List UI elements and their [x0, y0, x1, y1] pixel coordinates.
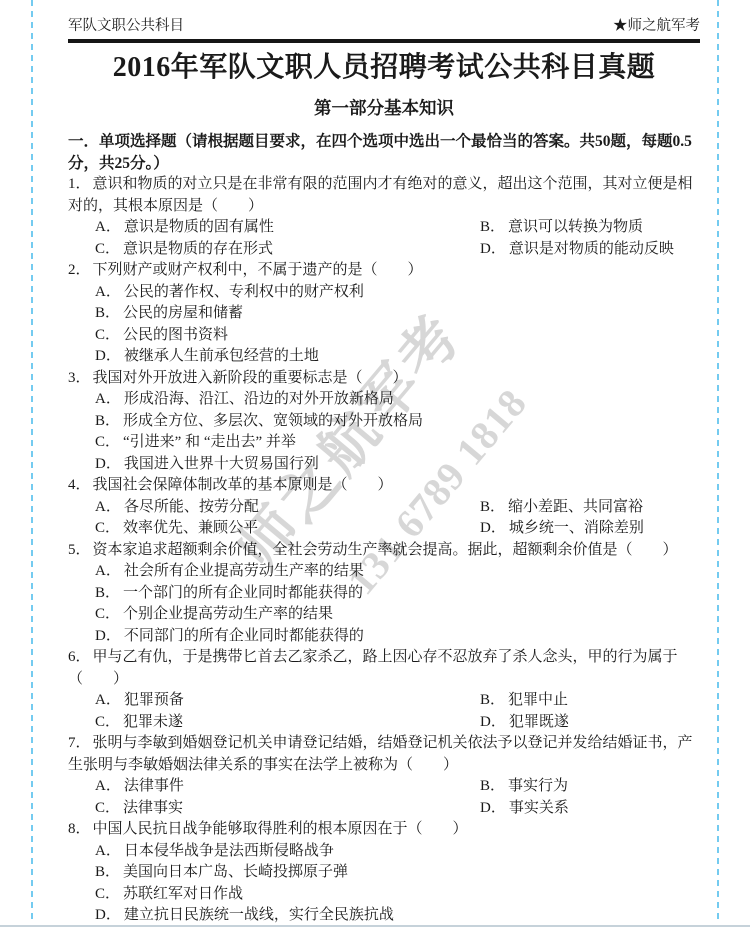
question-text: 我国对外开放进入新阶段的重要标志是（ ） [93, 370, 408, 386]
question: 5．资本家追求超额剩余价值，全社会劳动生产率就会提高。据此，超额剩余价值是（ ）… [68, 540, 700, 648]
question-text: 中国人民抗日战争能够取得胜利的根本原因在于（ ） [93, 821, 468, 837]
option: D．事实关系 [480, 798, 700, 820]
option-text: 效率优先、兼顾公平 [123, 520, 258, 536]
question-stem: 6．甲与乙有仇，于是携带匕首去乙家杀乙，路上因心存不忍放弃了杀人念头，甲的行为属… [68, 647, 700, 690]
page-title: 2016年军队文职人员招聘考试公共科目真题 [68, 50, 700, 86]
question-stem: 5．资本家追求超额剩余价值，全社会劳动生产率就会提高。据此，超额剩余价值是（ ） [68, 540, 700, 562]
option: C．效率优先、兼顾公平 [95, 518, 480, 540]
option-label: D． [95, 456, 121, 472]
section-intro: 一．单项选择题（请根据题目要求，在四个选项中选出一个最恰当的答案。共50题，每题… [68, 131, 700, 174]
option-label: D． [480, 520, 506, 536]
option: B．缩小差距、共同富裕 [480, 497, 700, 519]
question-text: 我国社会保障体制改革的基本原则是（ ） [93, 477, 393, 493]
option-text: 犯罪未遂 [123, 714, 183, 730]
option-label: A． [95, 563, 121, 579]
question-stem: 3．我国对外开放进入新阶段的重要标志是（ ） [68, 368, 700, 390]
option: D．犯罪既遂 [480, 712, 700, 734]
option-text: 意识可以转换为物质 [508, 219, 643, 235]
option-label: B． [95, 305, 120, 321]
option-text: 形成沿海、沿江、沿边的对外开放新格局 [124, 391, 394, 407]
option: A．形成沿海、沿江、沿边的对外开放新格局 [95, 389, 700, 411]
options: A．形成沿海、沿江、沿边的对外开放新格局 B．形成全方位、多层次、宽领域的对外开… [68, 389, 700, 475]
option-text: 法律事实 [123, 800, 183, 816]
option-text: 缩小差距、共同富裕 [508, 499, 643, 515]
option: A．犯罪预备 [95, 690, 480, 712]
option-text: 公民的图书资料 [123, 327, 228, 343]
option: C．“引进来” 和 “走出去” 并举 [95, 432, 700, 454]
option-label: B． [95, 864, 120, 880]
option-text: 建立抗日民族统一战线，实行全民族抗战 [124, 907, 394, 923]
question-number: 2． [68, 262, 91, 278]
option-label: A． [95, 843, 121, 859]
option-label: C． [95, 606, 120, 622]
options: A．各尽所能、按劳分配 B．缩小差距、共同富裕 C．效率优先、兼顾公平 D．城乡… [68, 497, 700, 540]
question-text: 张明与李敏到婚姻登记机关申请登记结婚，结婚登记机关依法予以登记并发给结婚证书，产… [68, 735, 693, 773]
option-text: 被继承人生前承包经营的土地 [124, 348, 319, 364]
option: B．形成全方位、多层次、宽领域的对外开放格局 [95, 411, 700, 433]
option-label: D． [95, 907, 121, 923]
page-header: 军队文职公共科目 ★师之航军考 [68, 17, 700, 35]
option-text: 公民的著作权、专利权中的财产权利 [124, 284, 364, 300]
page-border-right [717, 0, 719, 921]
option-text: 美国向日本广岛、长崎投掷原子弹 [123, 864, 348, 880]
question-text: 甲与乙有仇，于是携带匕首去乙家杀乙，路上因心存不忍放弃了杀人念头，甲的行为属于（… [68, 649, 678, 687]
option: B．公民的房屋和储蓄 [95, 303, 700, 325]
question: 2．下列财产或财产权利中，不属于遗产的是（ ） A．公民的著作权、专利权中的财产… [68, 260, 700, 368]
option-label: D． [480, 714, 506, 730]
option-text: 法律事件 [124, 778, 184, 794]
page-border-left [31, 0, 33, 921]
option: C．法律事实 [95, 798, 480, 820]
options: A．法律事件 B．事实行为 C．法律事实 D．事实关系 [68, 776, 700, 819]
question-number: 7． [68, 735, 91, 751]
option: A．日本侵华战争是法西斯侵略战争 [95, 841, 700, 863]
question: 8．中国人民抗日战争能够取得胜利的根本原因在于（ ） A．日本侵华战争是法西斯侵… [68, 819, 700, 927]
option-label: C． [95, 520, 120, 536]
question: 6．甲与乙有仇，于是携带匕首去乙家杀乙，路上因心存不忍放弃了杀人念头，甲的行为属… [68, 647, 700, 733]
option-label: A． [95, 499, 121, 515]
option-label: A． [95, 391, 121, 407]
option-text: “引进来” 和 “走出去” 并举 [123, 434, 296, 450]
option-label: D． [480, 241, 506, 257]
option-text: 犯罪预备 [124, 692, 184, 708]
option-text: 城乡统一、消除差别 [509, 520, 644, 536]
question-number: 4． [68, 477, 91, 493]
header-right-text: ★师之航军考 [613, 17, 700, 35]
option: B．事实行为 [480, 776, 700, 798]
option-text: 事实关系 [509, 800, 569, 816]
page: 师之航军考 131 6789 1818 军队文职公共科目 ★师之航军考 2016… [0, 0, 750, 927]
options: A．犯罪预备 B．犯罪中止 C．犯罪未遂 D．犯罪既遂 [68, 690, 700, 733]
option-text: 我国进入世界十大贸易国行列 [124, 456, 319, 472]
option-text: 意识是物质的存在形式 [123, 241, 273, 257]
option: C．公民的图书资料 [95, 325, 700, 347]
question-stem: 1．意识和物质的对立只是在非常有限的范围内才有绝对的意义，超出这个范围，其对立便… [68, 174, 700, 217]
option-text: 各尽所能、按劳分配 [124, 499, 259, 515]
option-label: C． [95, 434, 120, 450]
option: A．意识是物质的固有属性 [95, 217, 480, 239]
option: C．个别企业提高劳动生产率的结果 [95, 604, 700, 626]
option-text: 公民的房屋和储蓄 [123, 305, 243, 321]
question-stem: 4．我国社会保障体制改革的基本原则是（ ） [68, 475, 700, 497]
option: D．我国进入世界十大贸易国行列 [95, 454, 700, 476]
option: D．城乡统一、消除差别 [480, 518, 700, 540]
option-label: B． [480, 219, 505, 235]
document-content: 军队文职公共科目 ★师之航军考 2016年军队文职人员招聘考试公共科目真题 第一… [68, 0, 700, 927]
option-label: B． [480, 692, 505, 708]
option-label: C． [95, 800, 120, 816]
option: B．美国向日本广岛、长崎投掷原子弹 [95, 862, 700, 884]
section-title: 第一部分基本知识 [68, 96, 700, 120]
option-label: A． [95, 219, 121, 235]
option: C．犯罪未遂 [95, 712, 480, 734]
option: D．不同部门的所有企业同时都能获得的 [95, 626, 700, 648]
option: B．犯罪中止 [480, 690, 700, 712]
option-label: A． [95, 692, 121, 708]
question-stem: 8．中国人民抗日战争能够取得胜利的根本原因在于（ ） [68, 819, 700, 841]
question-number: 1． [68, 176, 91, 192]
option: C．苏联红军对日作战 [95, 884, 700, 906]
question: 4．我国社会保障体制改革的基本原则是（ ） A．各尽所能、按劳分配 B．缩小差距… [68, 475, 700, 540]
option-label: C． [95, 714, 120, 730]
option-text: 个别企业提高劳动生产率的结果 [123, 606, 333, 622]
option-text: 意识是物质的固有属性 [124, 219, 274, 235]
question-number: 8． [68, 821, 91, 837]
option: A．社会所有企业提高劳动生产率的结果 [95, 561, 700, 583]
option: D．建立抗日民族统一战线，实行全民族抗战 [95, 905, 700, 927]
option-text: 苏联红军对日作战 [123, 886, 243, 902]
option-text: 意识是对物质的能动反映 [509, 241, 674, 257]
header-rule [68, 39, 700, 43]
option: D．意识是对物质的能动反映 [480, 239, 700, 261]
option-label: A． [95, 284, 121, 300]
question: 7．张明与李敏到婚姻登记机关申请登记结婚，结婚登记机关依法予以登记并发给结婚证书… [68, 733, 700, 819]
question-stem: 2．下列财产或财产权利中，不属于遗产的是（ ） [68, 260, 700, 282]
option-label: A． [95, 778, 121, 794]
question-stem: 7．张明与李敏到婚姻登记机关申请登记结婚，结婚登记机关依法予以登记并发给结婚证书… [68, 733, 700, 776]
option-label: C． [95, 886, 120, 902]
option-text: 日本侵华战争是法西斯侵略战争 [124, 843, 334, 859]
option-label: B． [480, 499, 505, 515]
question-list: 一．单项选择题（请根据题目要求，在四个选项中选出一个最恰当的答案。共50题，每题… [68, 131, 700, 927]
option-text: 事实行为 [508, 778, 568, 794]
option: B．意识可以转换为物质 [480, 217, 700, 239]
question-number: 5． [68, 542, 91, 558]
option-text: 形成全方位、多层次、宽领域的对外开放格局 [123, 413, 423, 429]
question-text: 意识和物质的对立只是在非常有限的范围内才有绝对的意义，超出这个范围，其对立便是相… [68, 176, 693, 214]
option: A．法律事件 [95, 776, 480, 798]
option-label: D． [480, 800, 506, 816]
options: A．公民的著作权、专利权中的财产权利 B．公民的房屋和储蓄 C．公民的图书资料 … [68, 282, 700, 368]
header-left-text: 军队文职公共科目 [68, 17, 184, 35]
question-text: 资本家追求超额剩余价值，全社会劳动生产率就会提高。据此，超额剩余价值是（ ） [93, 542, 678, 558]
options: A．日本侵华战争是法西斯侵略战争 B．美国向日本广岛、长崎投掷原子弹 C．苏联红… [68, 841, 700, 927]
option: B．一个部门的所有企业同时都能获得的 [95, 583, 700, 605]
options: A．意识是物质的固有属性 B．意识可以转换为物质 C．意识是物质的存在形式 D．… [68, 217, 700, 260]
option-text: 不同部门的所有企业同时都能获得的 [124, 628, 364, 644]
question-number: 3． [68, 370, 91, 386]
option-label: B． [480, 778, 505, 794]
option-label: D． [95, 348, 121, 364]
option: A．各尽所能、按劳分配 [95, 497, 480, 519]
option-label: B． [95, 413, 120, 429]
option: C．意识是物质的存在形式 [95, 239, 480, 261]
option-label: C． [95, 327, 120, 343]
question: 1．意识和物质的对立只是在非常有限的范围内才有绝对的意义，超出这个范围，其对立便… [68, 174, 700, 260]
option-label: D． [95, 628, 121, 644]
option-text: 犯罪中止 [508, 692, 568, 708]
option-text: 犯罪既遂 [509, 714, 569, 730]
option-text: 一个部门的所有企业同时都能获得的 [123, 585, 363, 601]
options: A．社会所有企业提高劳动生产率的结果 B．一个部门的所有企业同时都能获得的 C．… [68, 561, 700, 647]
option-label: C． [95, 241, 120, 257]
question: 3．我国对外开放进入新阶段的重要标志是（ ） A．形成沿海、沿江、沿边的对外开放… [68, 368, 700, 476]
question-number: 6． [68, 649, 91, 665]
option: A．公民的著作权、专利权中的财产权利 [95, 282, 700, 304]
question-text: 下列财产或财产权利中，不属于遗产的是（ ） [93, 262, 423, 278]
option-text: 社会所有企业提高劳动生产率的结果 [124, 563, 364, 579]
option: D．被继承人生前承包经营的土地 [95, 346, 700, 368]
option-label: B． [95, 585, 120, 601]
